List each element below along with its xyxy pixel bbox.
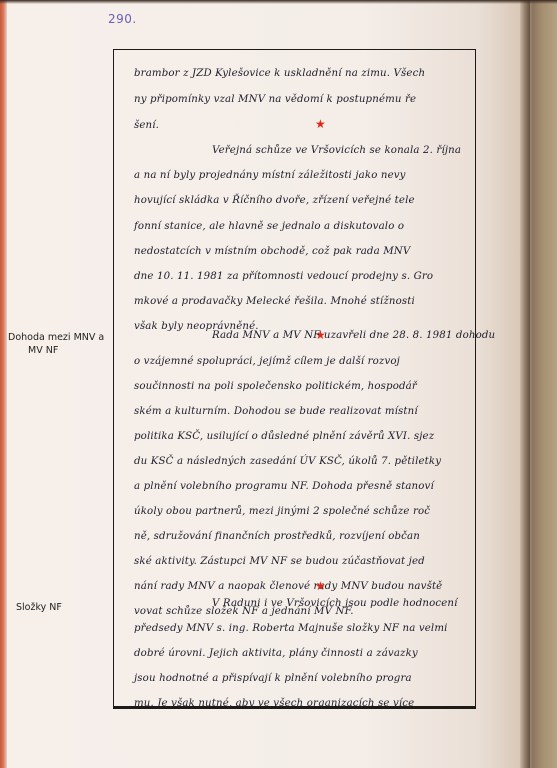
- text-line: Veřejná schůze ve Vršovicích se konala 2…: [134, 145, 557, 156]
- text-line: součinnosti na poli společensko politick…: [134, 381, 480, 392]
- text-line: ské aktivity. Zástupci MV NF se budou zú…: [134, 556, 480, 567]
- margin-note-dohoda: Dohoda mezi MNV a MV NF: [8, 331, 104, 357]
- text-line: Rada MNV a MV NF uzavřeli dne 28. 8. 198…: [134, 330, 557, 341]
- text-line: fonní stanice, ale hlavně se jednalo a d…: [134, 221, 480, 232]
- margin-note-line: MV NF: [8, 344, 104, 357]
- margin-note-line: Složky NF: [16, 602, 62, 613]
- text-line: dobré úrovni. Jejich aktivita, plány čin…: [134, 648, 480, 659]
- text-line: a plnění volebního programu NF. Dohoda p…: [134, 481, 480, 492]
- text-line: ně, sdružování finančních prostředků, ro…: [134, 531, 480, 542]
- margin-note-slozky: Složky NF: [16, 601, 62, 614]
- text-line: nedostatcích v místním obchodě, což pak …: [134, 246, 480, 257]
- text-line: jsou hodnotné a přispívají k plnění vole…: [134, 673, 480, 684]
- text-line: úkoly obou partnerů, mezi jinými 2 spole…: [134, 506, 480, 517]
- text-line: V Raduni i ve Vršovicích jsou podle hodn…: [134, 598, 557, 609]
- page-number: 290.: [108, 12, 137, 26]
- text-line: šení.: [134, 120, 480, 131]
- page-left-edge: [0, 0, 7, 768]
- text-line: hovující skládka v Říčního dvoře, zřízen…: [134, 195, 480, 206]
- text-line: ském a kulturním. Dohodou se bude realiz…: [134, 406, 480, 417]
- red-star-icon: ★: [315, 118, 326, 130]
- margin-note-line: Dohoda mezi MNV a: [8, 332, 104, 343]
- text-line: předsedy MNV s. ing. Roberta Majnuše slo…: [134, 623, 480, 634]
- text-line: a na ní byly projednány místní záležitos…: [134, 170, 480, 181]
- text-line: mu. Je však nutné, aby ve všech organiza…: [134, 698, 480, 709]
- text-line: brambor z JZD Kylešovice k uskladnění na…: [134, 68, 480, 79]
- text-line: ny připomínky vzal MNV na vědomí k postu…: [134, 94, 480, 105]
- text-line: dne 10. 11. 1981 za přítomnosti vedoucí …: [134, 271, 480, 282]
- gutter-shadow: [520, 0, 530, 768]
- text-line: du KSČ a následných zasedání ÚV KSČ, úko…: [134, 456, 480, 467]
- red-star-icon: ★: [315, 580, 326, 592]
- text-line: politika KSČ, usilující o důsledné plněn…: [134, 431, 480, 442]
- text-line: o vzájemné spolupráci, jejímž cílem je d…: [134, 356, 480, 367]
- top-shadow: [0, 0, 557, 4]
- text-line: mkové a prodavačky Melecké řešila. Mnohé…: [134, 296, 480, 307]
- text-line: nání rady MNV a naopak členové rady MNV …: [134, 581, 480, 592]
